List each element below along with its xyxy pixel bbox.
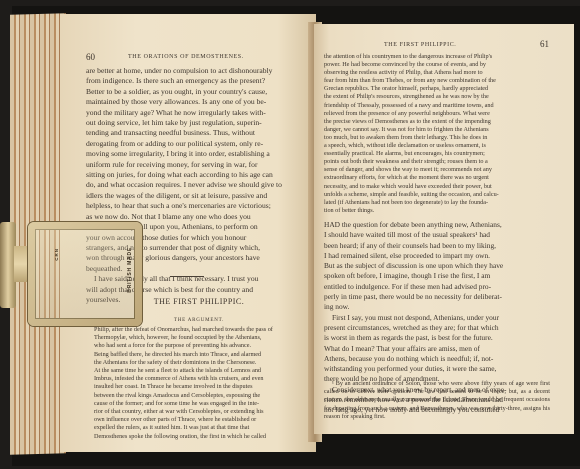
text-line: ing now. (324, 302, 550, 312)
brass-bookmark-clip: BRITISH MADE (28, 222, 142, 326)
clip-stamp: CRN (54, 248, 59, 261)
footnote-text: ¹ By an ancient ordinance of Solon, thos… (324, 380, 550, 421)
text-line: who had sent a force for the purpose of … (86, 342, 312, 350)
text-line: HAD the question for debate been anythin… (324, 220, 550, 230)
running-head-left: THE ORATIONS OF DEMOSTHENES. (128, 54, 244, 60)
text-line: helpless, to hear that such a one's merc… (86, 201, 312, 211)
text-line: too much, but to awaken them from their … (324, 134, 550, 142)
text-line: uniform rule for receiving money, for se… (86, 160, 312, 170)
text-line: moving some irregularity, I bring it int… (86, 149, 312, 159)
text-line: Better to be a soldier, as you ought, in… (86, 87, 312, 97)
page-number-left: 60 (86, 52, 95, 62)
text-line: withstanding you performed your duties, … (324, 364, 550, 374)
text-line: insulted her coast. In Thrace he became … (86, 383, 312, 391)
text-line: I had remained silent, else proceeded to… (324, 251, 550, 261)
right-page: THE FIRST PHILIPPIC. 61 the attention of… (314, 24, 574, 434)
text-line: rior of that country, either at war with… (86, 408, 312, 416)
page-number-right: 61 (540, 39, 549, 49)
text-line: do, and what occasion requires. I never … (86, 180, 312, 190)
text-line: lated (if Athenians had not been too deg… (324, 199, 550, 207)
text-line: necessity, and to make which would have … (324, 183, 550, 191)
text-line: expelled the rulers, as it suited him. I… (86, 424, 312, 432)
footnote: ¹ By an ancient ordinance of Solon, thos… (324, 380, 550, 421)
clip-label: BRITISH MADE (127, 247, 133, 293)
text-line: friendship of Thessaly, possessed of a n… (324, 102, 550, 110)
text-line: Philip, after the defeat of Onomarchus, … (86, 326, 312, 334)
text-line: maintained by those very allowances. Is … (86, 97, 312, 107)
text-line: But as the subject of discussion is one … (324, 261, 550, 271)
text-line: danger, we cannot say. It was not for hi… (324, 126, 550, 134)
text-line: is worst in them as regards the past, is… (324, 333, 550, 343)
text-line: own influence over other parts of Thrace… (86, 416, 312, 424)
text-line: unfolds a scheme, simple and feasible, s… (324, 191, 550, 199)
argument-text-left: Philip, after the defeat of Onomarchus, … (86, 326, 312, 441)
text-line: are better at home, under no compulsion … (86, 66, 312, 76)
text-line: yond the military age? What he now irreg… (86, 108, 312, 118)
text-line: the attention of his countrymen to the d… (324, 53, 550, 61)
argument-text-right: the attention of his countrymen to the d… (324, 53, 550, 215)
text-line: present circumstances, wretched as they … (324, 323, 550, 333)
text-line: the precise views of Demosthenes as to t… (324, 118, 550, 126)
text-line: Being baffled there, he directed his mar… (86, 351, 312, 359)
text-line: extraordinary efforts, for which at the … (324, 174, 550, 182)
clip-shine (28, 222, 142, 326)
text-line: spoken oft before, I imagine, though I r… (324, 271, 550, 281)
text-line: What do I mean? That your affairs are am… (324, 344, 550, 354)
text-line: Imbrus, infested the commerce of Athens … (86, 375, 312, 383)
text-line: been heard; if any of their counsels had… (324, 241, 550, 251)
text-line: sitting on juries, for doing what each a… (86, 170, 312, 180)
text-line: First I say, you must not despond, Athen… (324, 313, 550, 323)
text-line: tion of better things. (324, 207, 550, 215)
section-divider (170, 276, 204, 277)
text-line: perly in time past, there would be no ne… (324, 292, 550, 302)
text-line: idlers the wages of the diligent, or sit… (86, 191, 312, 201)
text-line: between the rival kings Amadocus and Cer… (86, 392, 312, 400)
text-line: the extent of Philip's resources, streng… (324, 93, 550, 101)
text-line: a speech, which, without idle declamatio… (324, 142, 550, 150)
text-line: tending and transacting needful business… (86, 128, 312, 138)
text-line: I should have waited till most of the us… (324, 230, 550, 240)
text-line: as we now do. Not that I blame any one w… (86, 212, 312, 222)
text-line: essentially practical. He alarms, but en… (324, 150, 550, 158)
text-line: derogating from or adding to our politic… (86, 139, 312, 149)
text-line: Athens, because you do nothing which is … (324, 354, 550, 364)
text-line: relieved from the presence of any powerf… (324, 110, 550, 118)
text-line: sense of danger, and shows the way to me… (324, 166, 550, 174)
text-line: Thermopylæ, which, however, he found occ… (86, 334, 312, 342)
text-line: At the same time he sent a fleet to atta… (86, 367, 312, 375)
text-line: points out both their weakness and their… (324, 158, 550, 166)
text-line: power. He had become convinced by the co… (324, 61, 550, 69)
text-line: the Athenians for the safety of their do… (86, 359, 312, 367)
text-line: from indigence. Is there such an emergen… (86, 76, 312, 86)
text-line: observing the restless activity of Phili… (324, 69, 550, 77)
text-line: cause of the former; and for some time h… (86, 400, 312, 408)
running-head-right: THE FIRST PHILIPPIC. (384, 42, 456, 48)
text-line: fear from him than from Thebes, or from … (324, 77, 550, 85)
text-line: Demosthenes spoke the following oration,… (86, 433, 312, 441)
text-line: entitled to indulgence. For if these men… (324, 282, 550, 292)
text-line: out doing service, let him take by just … (86, 118, 312, 128)
text-line: Grecian republics. The orator himself, p… (324, 85, 550, 93)
